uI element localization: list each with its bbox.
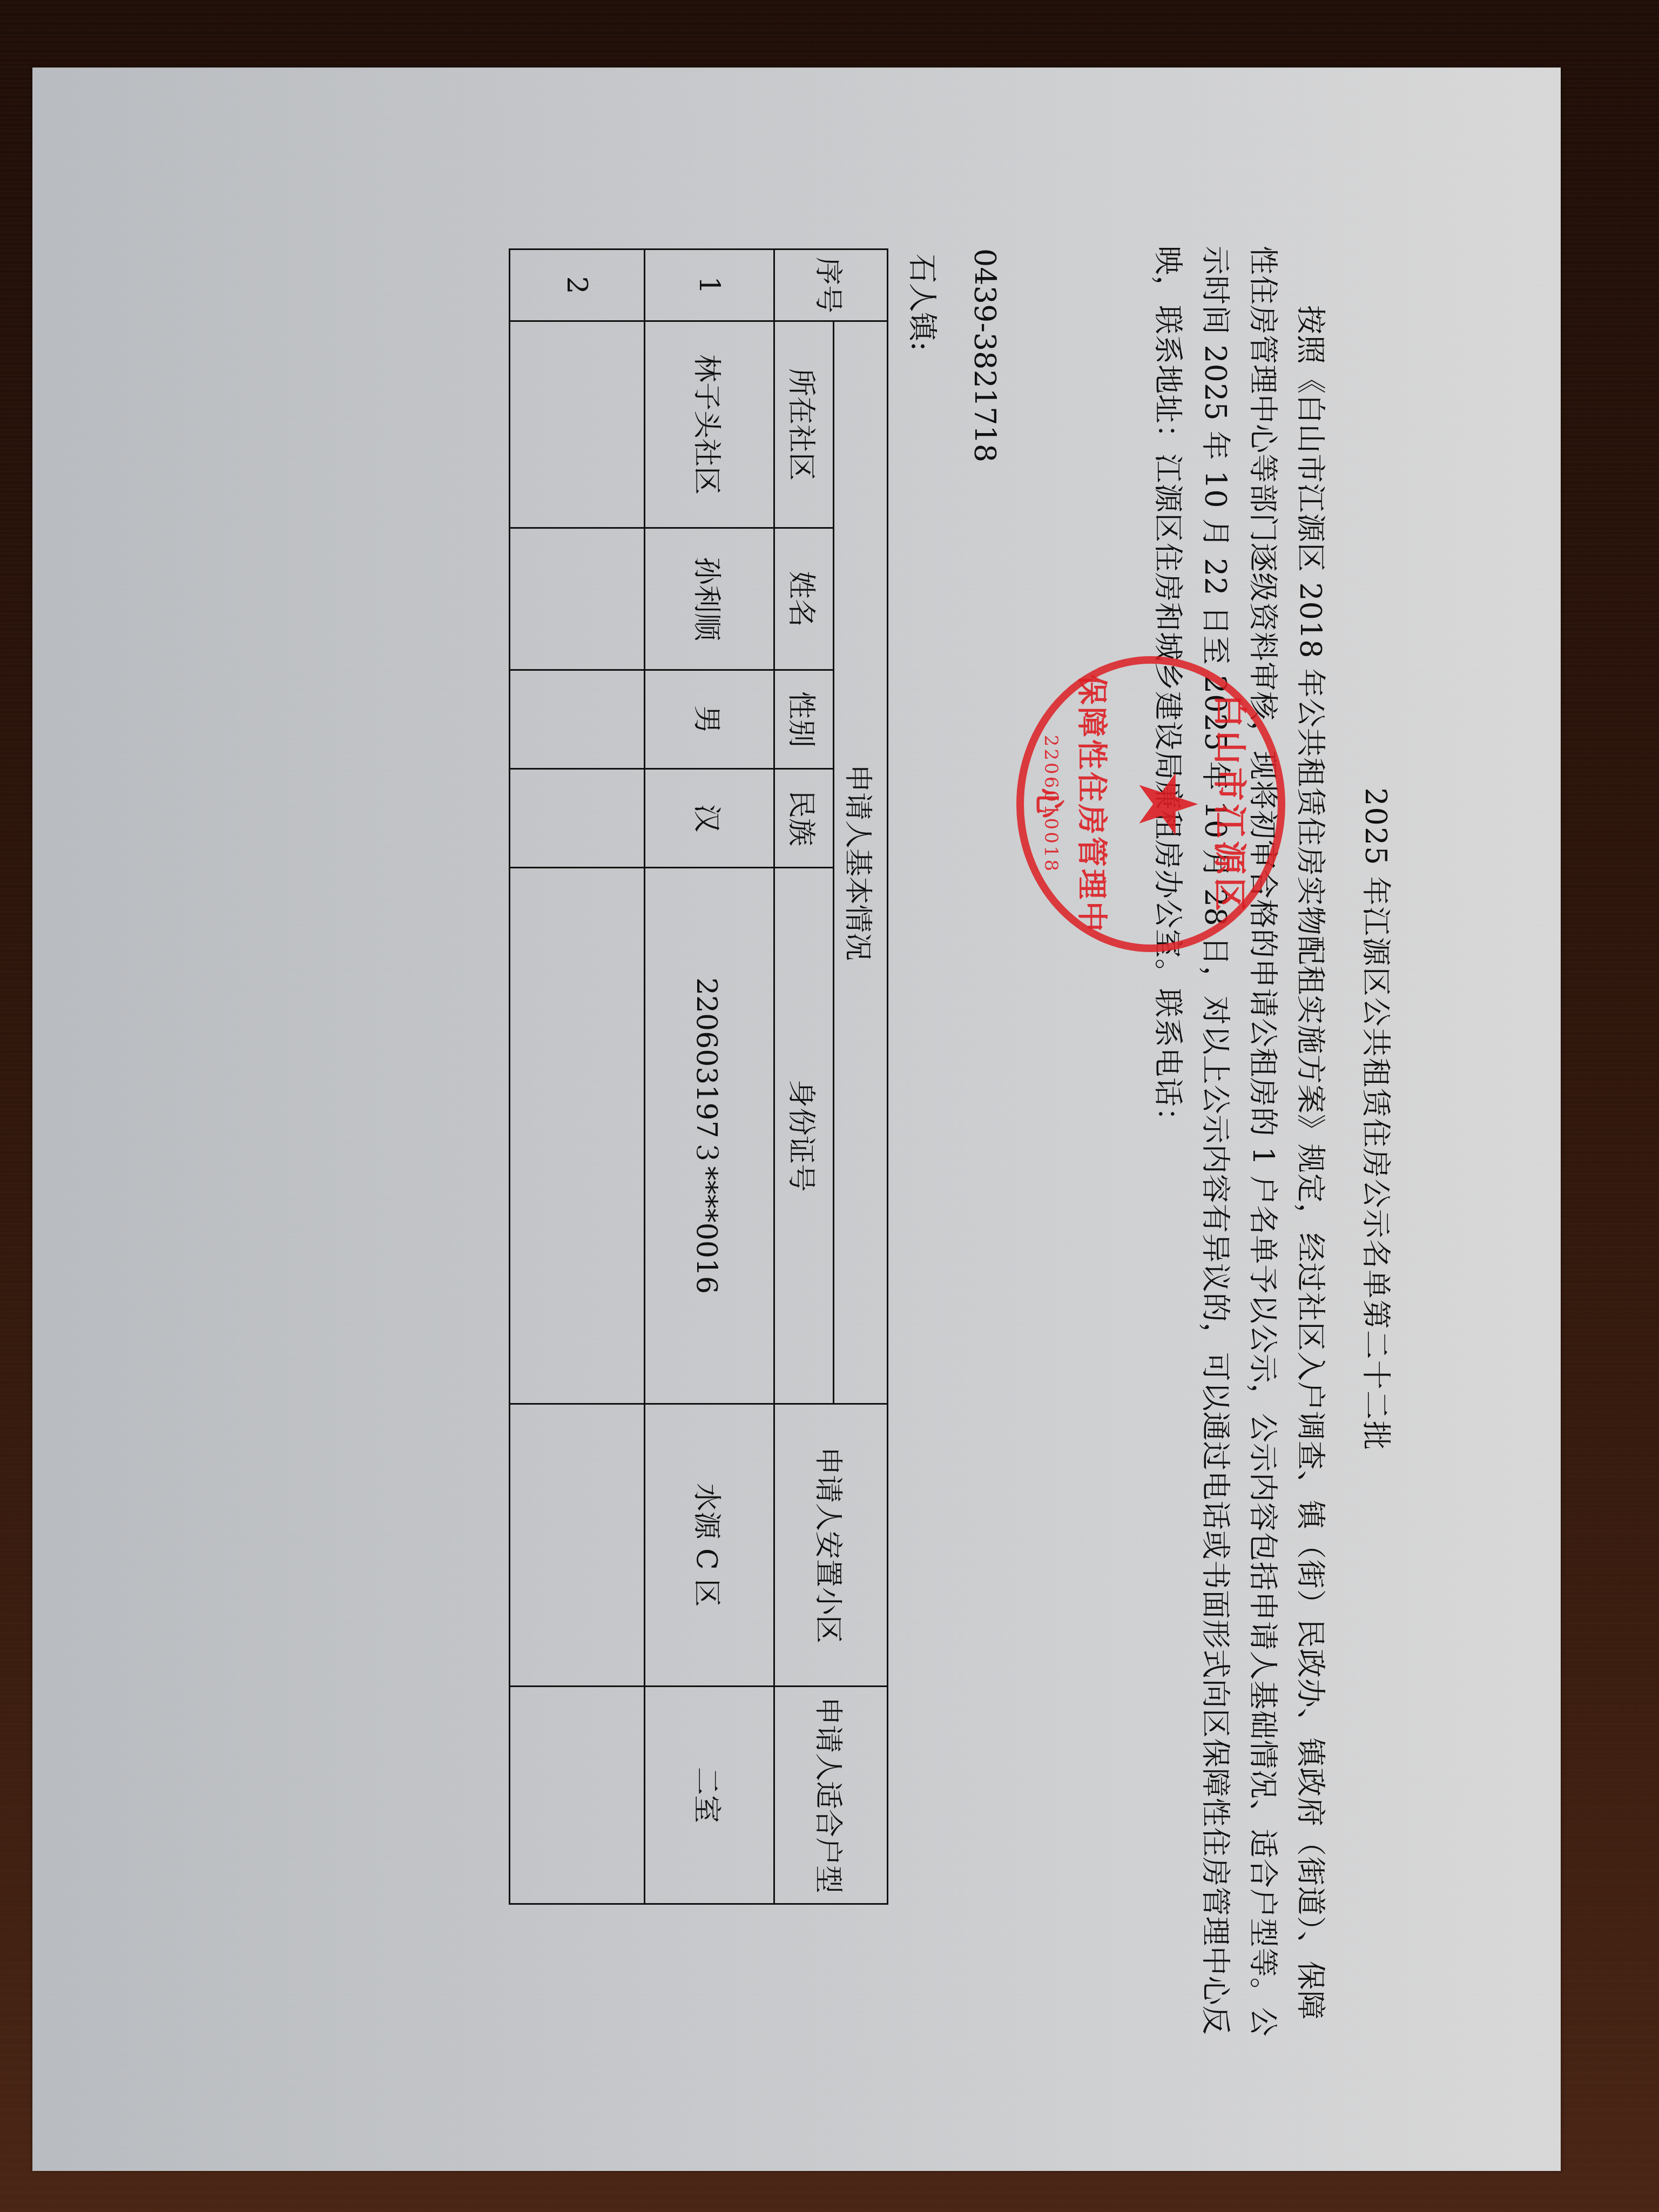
document-page: 2025 年江源区公共租赁住房公示名单第二十二批 按照《白山市江源区 2018 …: [32, 68, 1561, 2171]
official-seal: 白山市江源区 ★ 保障性住房管理中心 2206010018: [1016, 656, 1285, 952]
cell-gender: [510, 670, 645, 769]
header-community: 所在社区: [774, 321, 834, 528]
notice-paragraph: 按照《白山市江源区 2018 年公共租赁住房实物配租实施方案》规定，经过社区入户…: [1144, 246, 1334, 2044]
cell-unit-type: 二室: [645, 1687, 774, 1904]
town-label: 石人镇:: [903, 254, 945, 351]
paper-sheet: 2025 年江源区公共租赁住房公示名单第二十二批 按照《白山市江源区 2018 …: [32, 68, 1561, 2171]
cell-community: 林子头社区: [645, 321, 774, 528]
document-title: 2025 年江源区公共租赁住房公示名单第二十二批: [1357, 68, 1399, 2171]
cell-ethnicity: [510, 769, 645, 868]
notice-body: 按照《白山市江源区 2018 年公共租赁住房实物配租实施方案》规定，经过社区入户…: [1144, 246, 1334, 2044]
header-group: 申请人基本情况: [834, 321, 888, 1404]
header-ethnicity: 民族: [774, 769, 834, 868]
cell-seq: 2: [510, 249, 645, 321]
header-name: 姓名: [774, 528, 834, 670]
applicant-table: 序号 申请人基本情况 申请人安置小区 申请人适合户型 所在社区 姓名 性别 民族…: [509, 248, 888, 1905]
header-placement: 申请人安置小区: [774, 1404, 888, 1687]
header-unit-type: 申请人适合户型: [774, 1687, 888, 1904]
cell-id-number: 220603197３****0016: [645, 868, 774, 1404]
cell-name: 孙利顺: [645, 528, 774, 670]
table-row: 2: [510, 249, 645, 1904]
contact-phone: 0439-3821718: [968, 248, 1002, 462]
star-icon: ★: [1127, 664, 1208, 945]
cell-seq: 1: [645, 249, 774, 321]
cell-id-number: [510, 868, 645, 1404]
seal-code: 2206010018: [1040, 664, 1062, 945]
seal-top-text: 白山市江源区: [1208, 664, 1256, 945]
cell-name: [510, 528, 645, 670]
cell-unit-type: [510, 1687, 645, 1904]
header-seq: 序号: [774, 249, 888, 321]
cell-gender: 男: [645, 670, 774, 769]
table-row: 1 林子头社区 孙利顺 男 汉 220603197３****0016 水源 C …: [645, 249, 774, 1904]
table-header-row: 序号 申请人基本情况 申请人安置小区 申请人适合户型: [834, 249, 888, 1904]
header-gender: 性别: [774, 670, 834, 769]
header-id-number: 身份证号: [774, 868, 834, 1404]
cell-placement: 水源 C 区: [645, 1404, 774, 1687]
cell-community: [510, 321, 645, 528]
cell-ethnicity: 汉: [645, 769, 774, 868]
cell-placement: [510, 1404, 645, 1687]
